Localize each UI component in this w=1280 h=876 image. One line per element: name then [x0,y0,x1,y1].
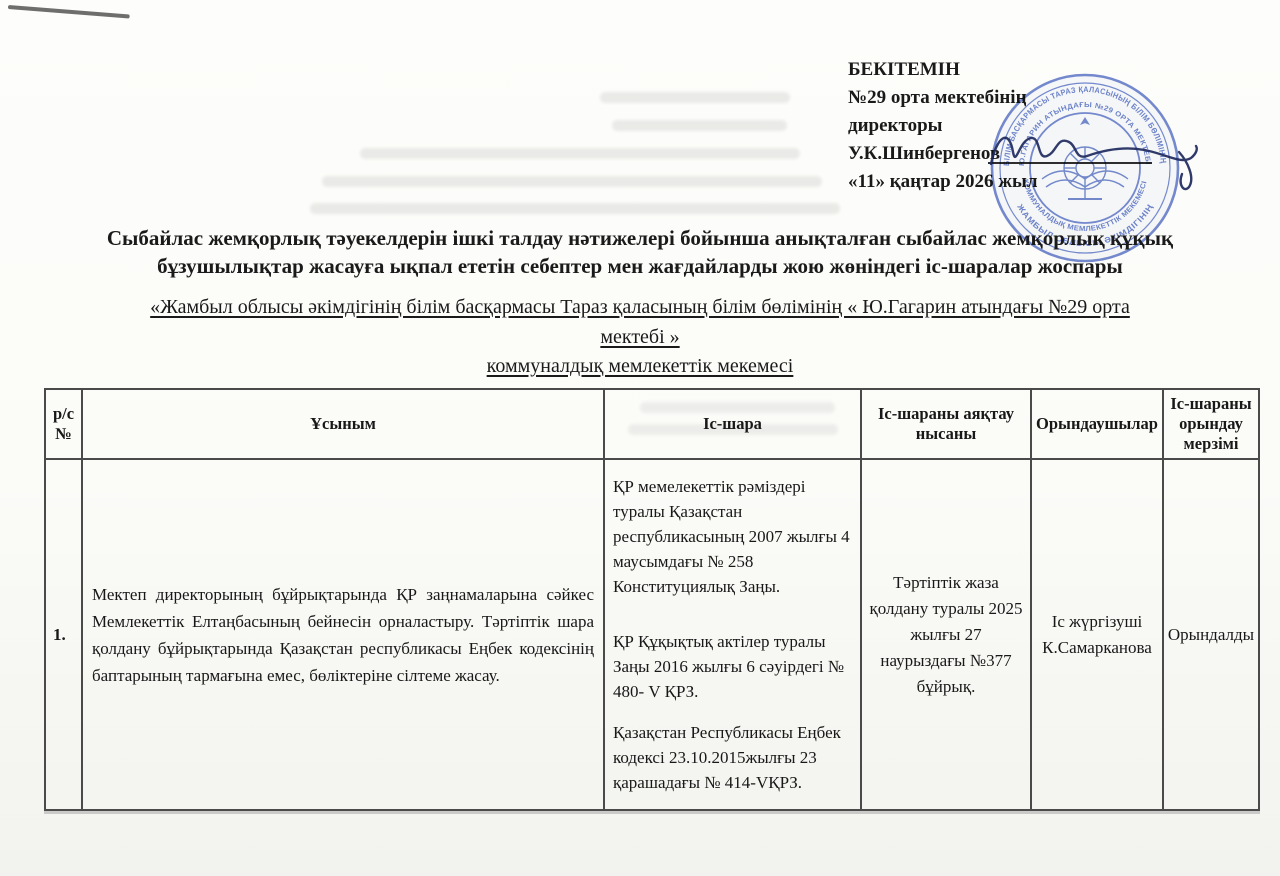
table-row: 1. Мектеп директорының бұйрықтарында ҚР … [45,459,1259,810]
title-line-1: Сыбайлас жемқорлық тәуекелдерін ішкі тал… [50,224,1230,252]
table-header-row: р/с № Ұсыным Іс-шара Іс-шараны аяқтау ны… [45,389,1259,459]
subtitle-line-2: мектебі » [50,323,1230,353]
cell-deadline: Орындалды [1163,459,1259,810]
cell-row-number: 1. [45,459,82,810]
col-header-row-number: р/с № [45,389,82,459]
measure-paragraph-2: ҚР Құқықтық актілер туралы Заңы 2016 жыл… [613,629,854,704]
subtitle-line-1: «Жамбыл облысы әкімдігінің білім басқарм… [50,293,1230,323]
bleed-through-mark [360,148,800,159]
document-title: Сыбайлас жемқорлық тәуекелдерін ішкі тал… [50,224,1230,280]
cell-recommendation: Мектеп директорының бұйрықтарында ҚР заң… [82,459,604,810]
subtitle-line-3: коммуналдық мемлекеттік мекемесі [50,352,1230,382]
action-plan-table: р/с № Ұсыным Іс-шара Іс-шараны аяқтау ны… [44,388,1260,811]
director-signature [983,116,1213,200]
cell-executors: Іс жүргізуші К.Самарканова [1031,459,1163,810]
cell-completion-form: Тәртіптік жаза қолдану туралы 2025 жылғы… [861,459,1031,810]
col-header-completion-form: Іс-шараны аяқтау нысаны [861,389,1031,459]
col-header-executors: Орындаушылар [1031,389,1163,459]
measure-paragraph-1: ҚР мемелекеттік рәміздері туралы Қазақст… [613,474,854,599]
document-subtitle: «Жамбыл облысы әкімдігінің білім басқарм… [50,293,1230,382]
measure-paragraph-3: Қазақстан Республикасы Еңбек кодексі 23.… [613,720,854,795]
bleed-through-mark [612,120,787,131]
bleed-through-mark [322,176,822,187]
scan-artifact-streak [8,5,130,19]
col-header-measure: Іс-шара [604,389,861,459]
col-header-deadline: Іс-шараны орындау мерзімі [1163,389,1259,459]
bleed-through-mark [600,92,790,103]
scanned-document-page: БЕКІТЕМІН №29 орта мектебінің директоры … [0,0,1280,876]
title-line-2: бұзушылықтар жасауға ықпал ететін себепт… [50,252,1230,280]
bleed-through-mark [310,203,840,214]
col-header-recommendation: Ұсыным [82,389,604,459]
cell-measure: ҚР мемелекеттік рәміздері туралы Қазақст… [604,459,861,810]
action-plan-table-wrap: р/с № Ұсыным Іс-шара Іс-шараны аяқтау ны… [44,388,1258,811]
